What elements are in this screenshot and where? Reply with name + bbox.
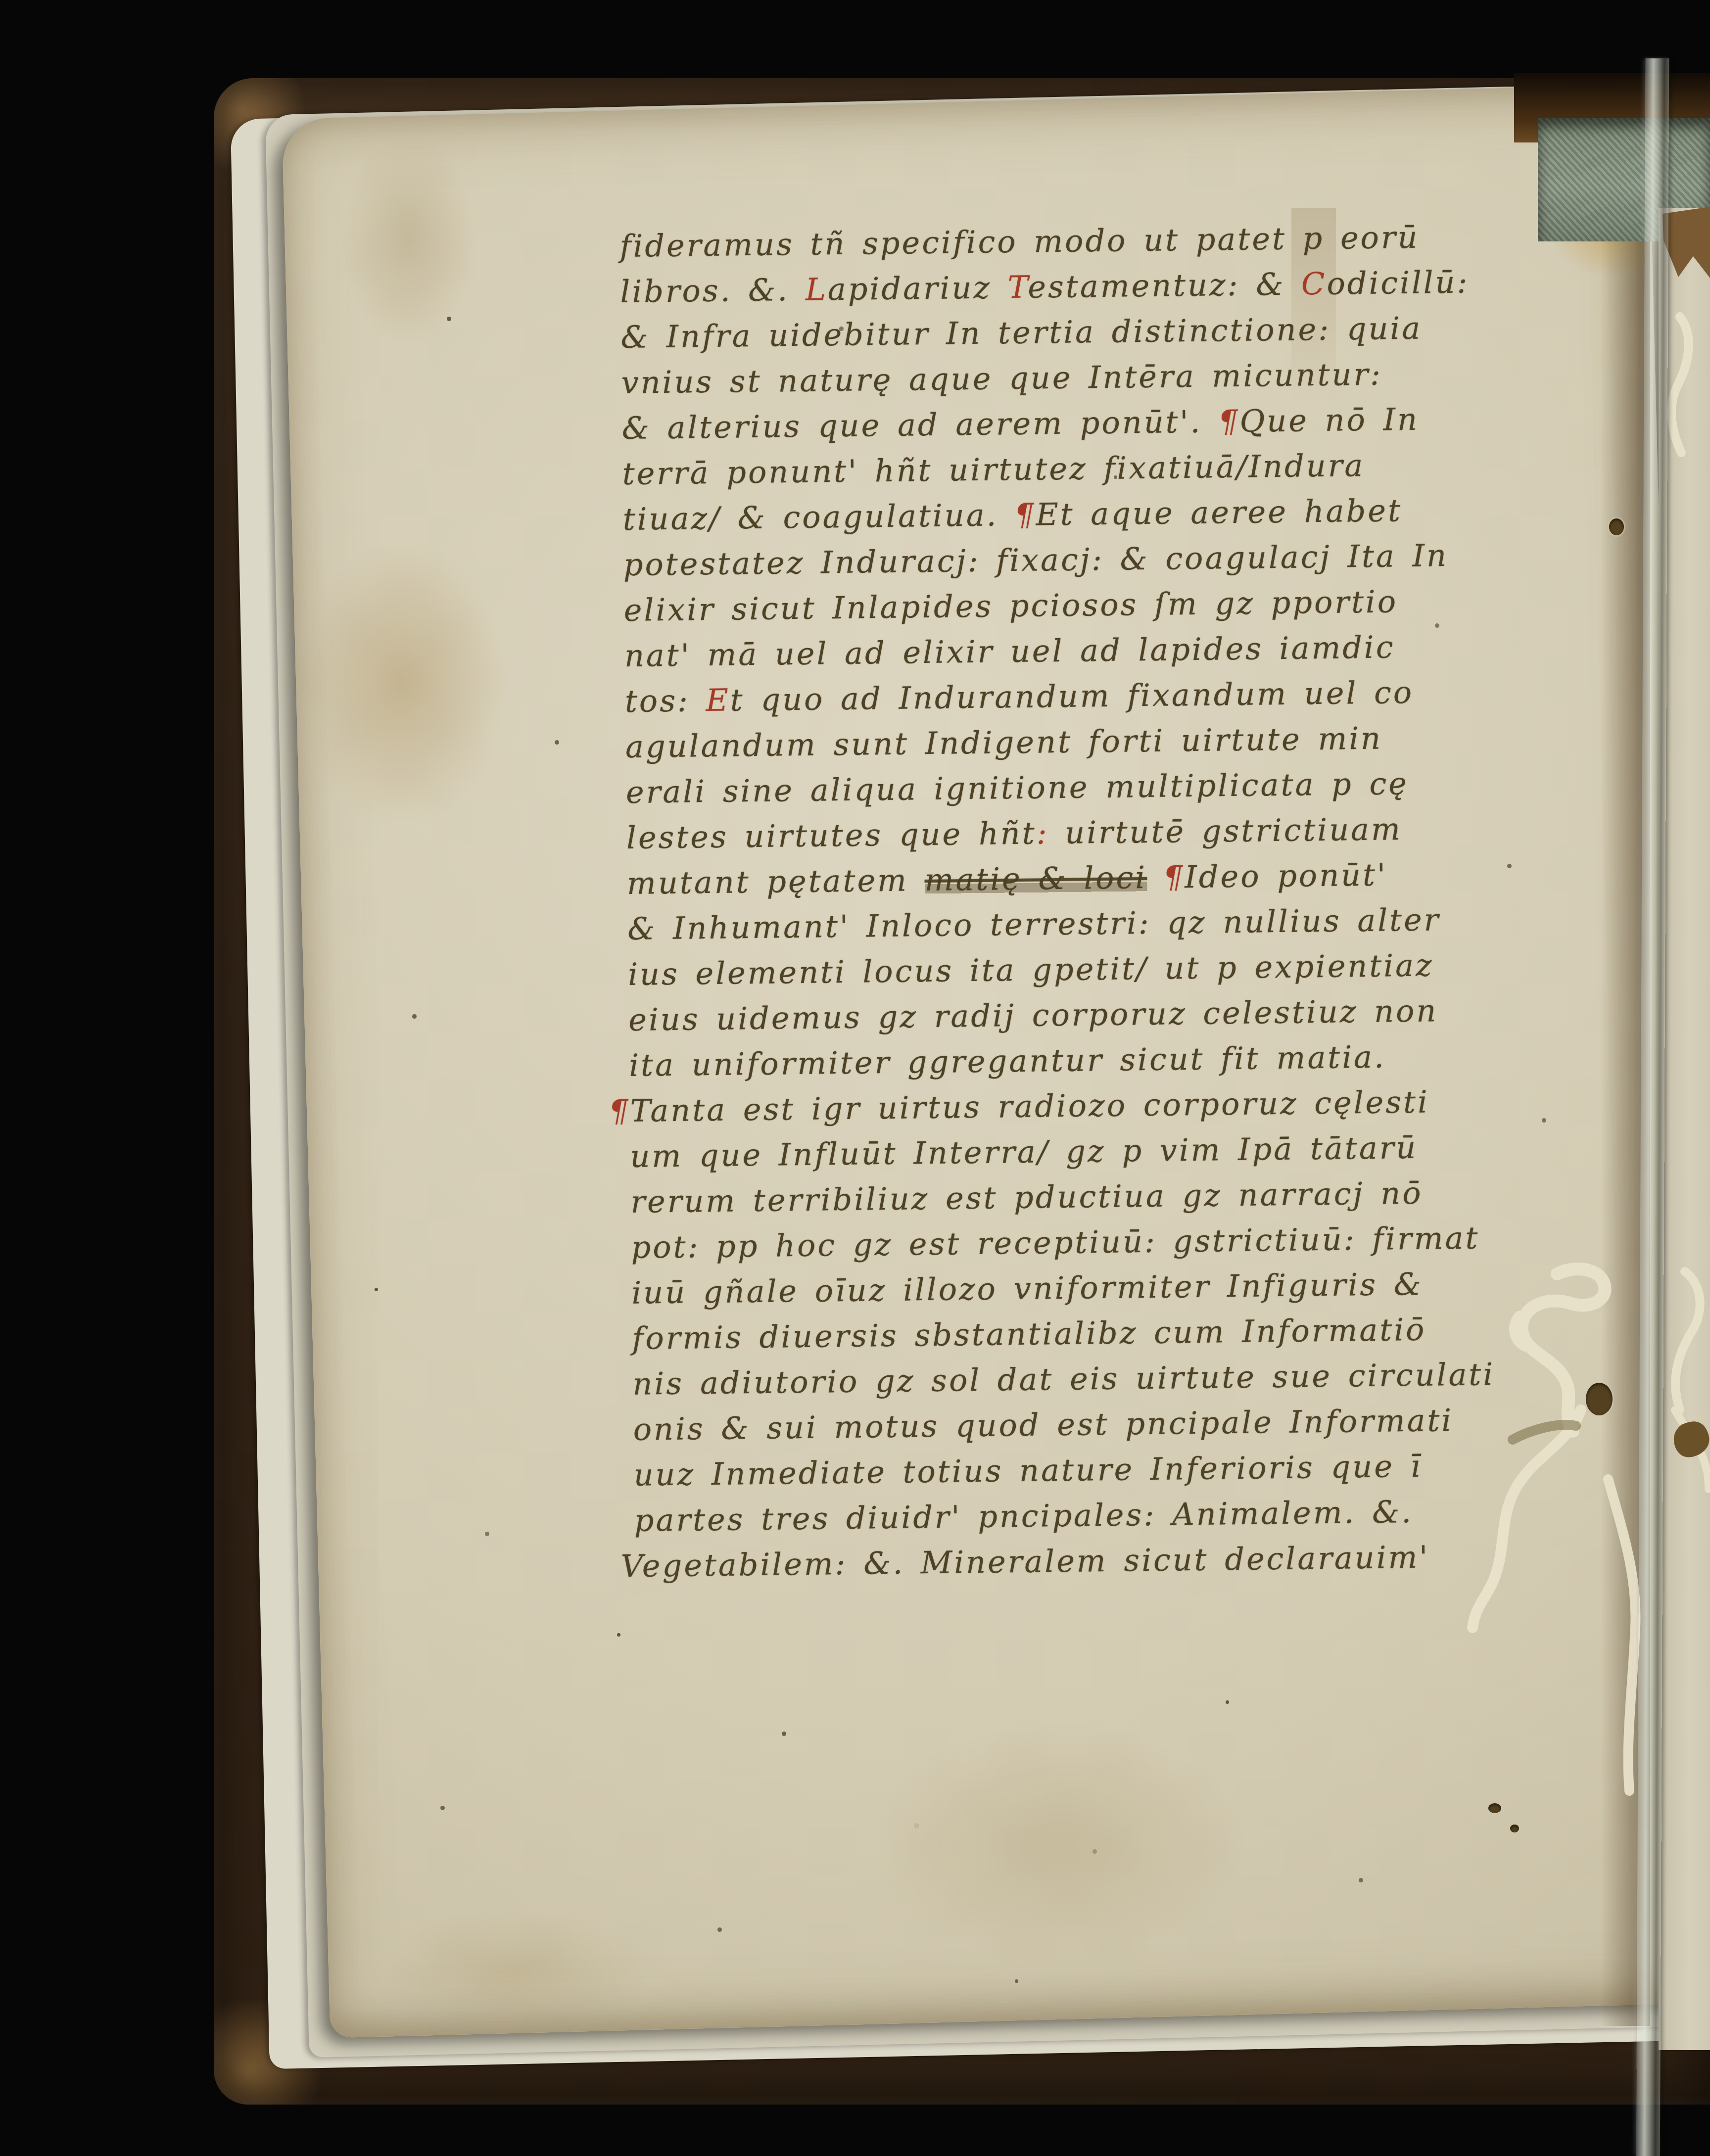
rubric: ¶ [1014,496,1036,532]
text-block: fideramus tñ specifico modo ut patet p e… [619,212,1624,1589]
wormhole [1510,1825,1519,1832]
rubric: ¶ [609,1093,630,1129]
rubric: ¶ [1218,403,1240,439]
rubric: ¶ [1163,859,1185,895]
rubric: L [805,271,828,308]
rubric: E [706,682,730,719]
rubric: : [1036,815,1049,851]
ink-specks [0,0,2,2]
struck-text: matię & loci [924,859,1147,898]
rubric: T [1007,269,1028,305]
wormhole [1586,1383,1613,1415]
wormhole [1488,1803,1501,1813]
manuscript-photograph: fideramus tñ specifico modo ut patet p e… [0,0,1710,2156]
rubric: C [1301,266,1327,302]
wormhole [1609,518,1624,535]
